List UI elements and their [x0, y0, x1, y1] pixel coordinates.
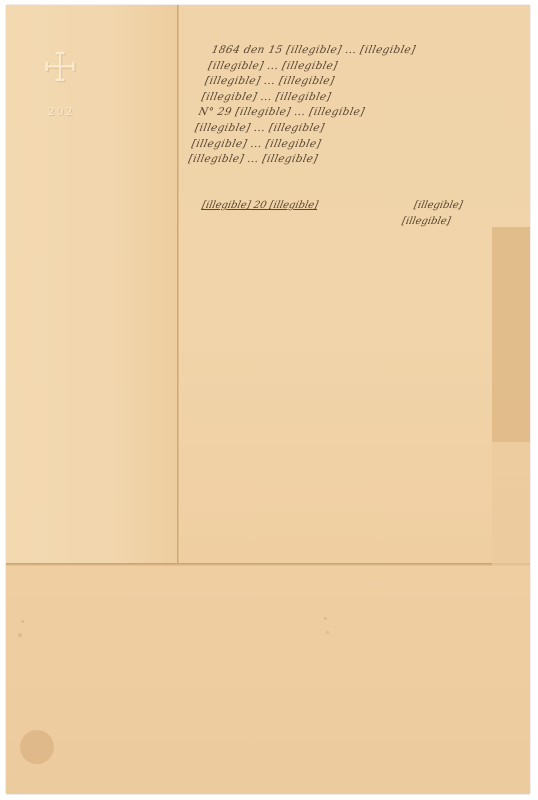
embossed-eagle-seal-icon: ☩ — [34, 43, 86, 93]
body-line: [illegible] ... [illegible] — [207, 59, 530, 75]
stain-mark — [20, 730, 54, 764]
left-margin-panel — [6, 5, 177, 565]
stain-mark — [21, 620, 24, 623]
signature-line-1: [illegible] — [413, 200, 464, 211]
body-line: [illegible] ... [illegible] — [193, 121, 516, 137]
sum-note: [illegible] 20 [illegible] — [201, 200, 319, 211]
letter-page: ☩ 202 1864 den 15 [illegible] ... [illeg… — [6, 5, 530, 794]
horizontal-fold-line — [6, 563, 530, 566]
body-line: N° 29 [illegible] ... [illegible] — [197, 105, 520, 121]
stain-mark — [324, 617, 327, 620]
paper-strip-overlay — [492, 227, 530, 442]
stain-mark — [18, 633, 22, 637]
paper-strip-overlay-lower — [492, 442, 530, 566]
letter-body: 1864 den 15 [illegible] ... [illegible] … — [187, 43, 534, 168]
body-line: [illegible] ... [illegible] — [200, 90, 523, 106]
body-line: 1864 den 15 [illegible] ... [illegible] — [210, 43, 533, 59]
body-line: [illegible] ... [illegible] — [187, 152, 510, 168]
body-line: [illegible] ... [illegible] — [203, 74, 526, 90]
stain-mark — [326, 631, 329, 634]
vertical-fold-line — [177, 5, 179, 565]
signature-line-2: [illegible] — [401, 216, 452, 227]
body-line: [illegible] ... [illegible] — [190, 137, 513, 153]
seal-number: 202 — [36, 105, 86, 118]
